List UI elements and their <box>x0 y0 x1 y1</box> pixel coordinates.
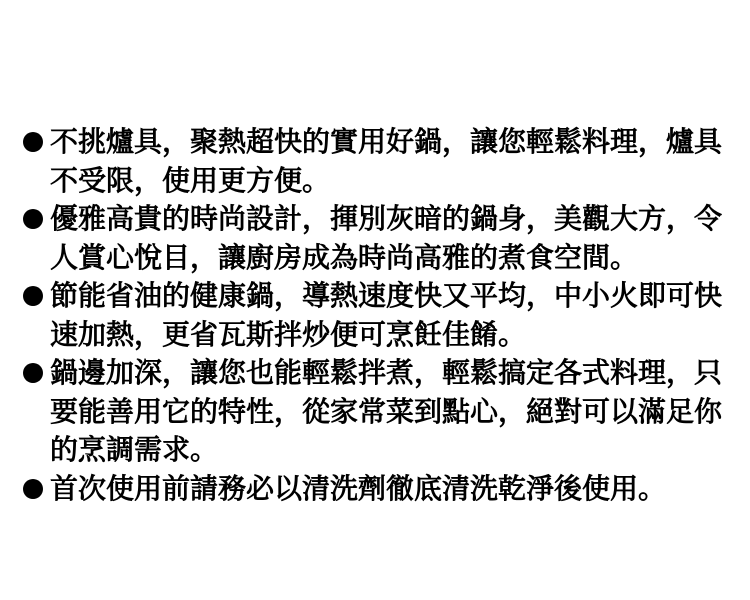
feature-item: 優雅高貴的時尚設計，揮別灰暗的鍋身，美觀大方，令人賞心悅目，讓廚房成為時尚高雅的… <box>23 200 727 277</box>
feature-item: 節能省油的健康鍋，導熱速度快又平均，中小火即可快速加熱，更省瓦斯拌炒便可烹飪佳餚… <box>23 277 727 354</box>
bullet-icon <box>23 286 43 306</box>
feature-text: 不挑爐具，聚熱超快的實用好鍋，讓您輕鬆料理，爐具不受限，使用更方便。 <box>50 125 722 197</box>
feature-item: 不挑爐具，聚熱超快的實用好鍋，讓您輕鬆料理，爐具不受限，使用更方便。 <box>23 123 727 200</box>
feature-item: 首次使用前請務必以清洗劑徹底清洗乾淨後使用。 <box>23 470 727 509</box>
feature-text: 優雅高貴的時尚設計，揮別灰暗的鍋身，美觀大方，令人賞心悅目，讓廚房成為時尚高雅的… <box>50 202 722 274</box>
feature-item: 鍋邊加深，讓您也能輕鬆拌煮，輕鬆搞定各式料理，只要能善用它的特性，從家常菜到點心… <box>23 354 727 470</box>
product-feature-list: 不挑爐具，聚熱超快的實用好鍋，讓您輕鬆料理，爐具不受限，使用更方便。 優雅高貴的… <box>23 123 727 508</box>
feature-text: 鍋邊加深，讓您也能輕鬆拌煮，輕鬆搞定各式料理，只要能善用它的特性，從家常菜到點心… <box>50 356 722 466</box>
bullet-icon <box>23 479 43 499</box>
feature-text: 首次使用前請務必以清洗劑徹底清洗乾淨後使用。 <box>50 472 666 505</box>
feature-text: 節能省油的健康鍋，導熱速度快又平均，中小火即可快速加熱，更省瓦斯拌炒便可烹飪佳餚… <box>50 279 722 351</box>
bullet-icon <box>23 132 43 152</box>
product-description-page: 不挑爐具，聚熱超快的實用好鍋，讓您輕鬆料理，爐具不受限，使用更方便。 優雅高貴的… <box>0 0 750 600</box>
bullet-icon <box>23 209 43 229</box>
bullet-icon <box>23 363 43 383</box>
